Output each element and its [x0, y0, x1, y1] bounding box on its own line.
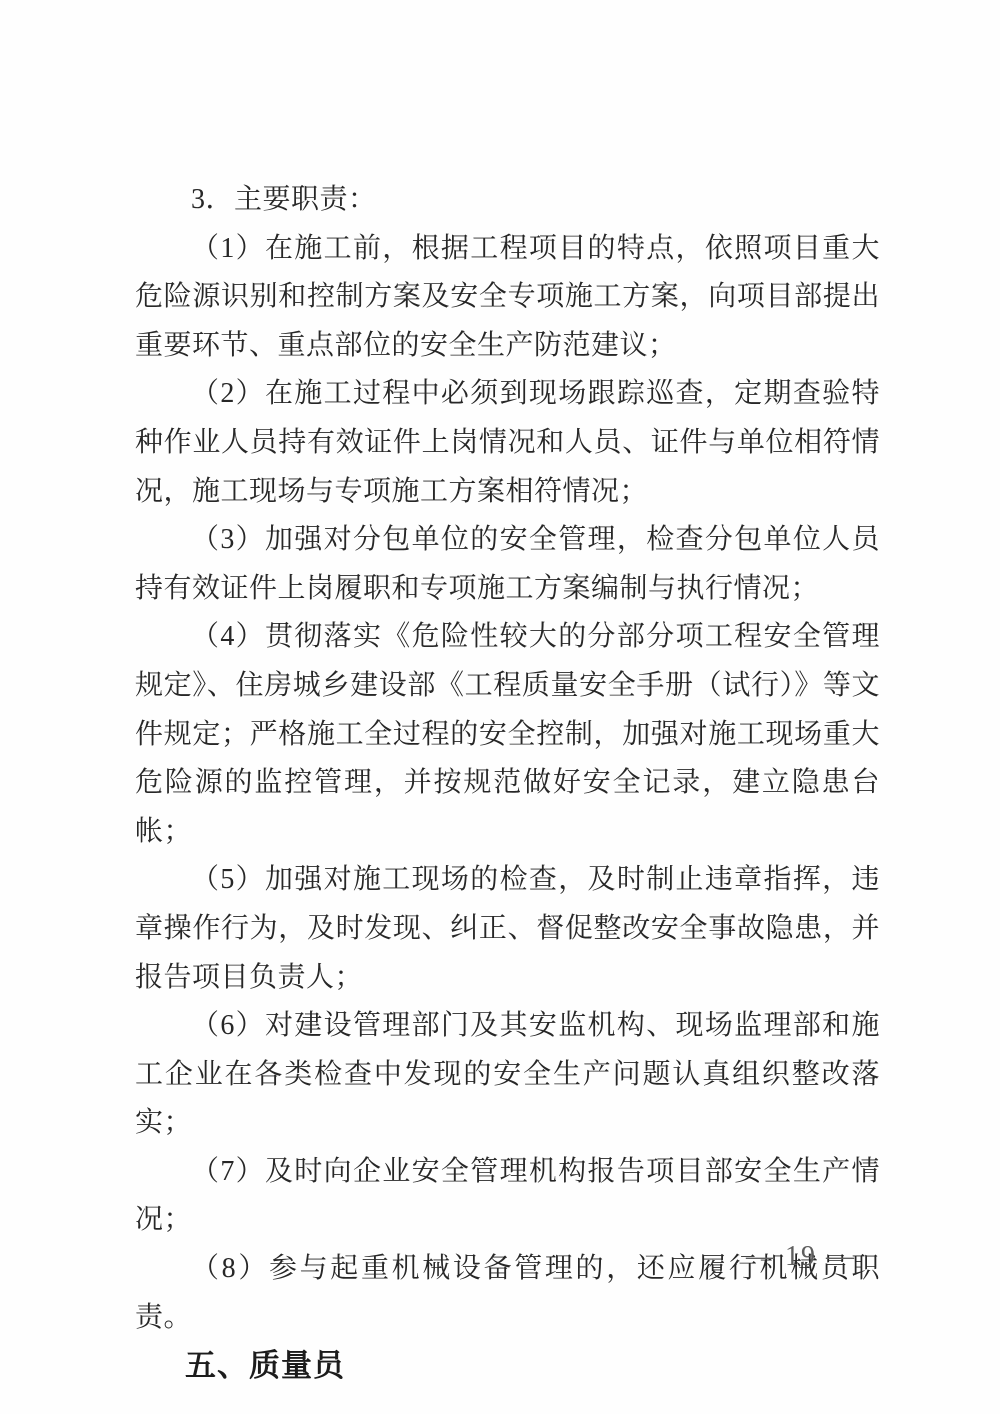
duty-item-7: （7）及时向企业安全管理机构报告项目部安全生产情况；	[135, 1148, 880, 1245]
duty-item-2: （2）在施工过程中必须到现场跟踪巡查，定期查验特种作业人员持有效证件上岗情况和人…	[135, 370, 880, 516]
duty-item-1: （1）在施工前，根据工程项目的特点，依照项目重大危险源识别和控制方案及安全专项施…	[135, 225, 880, 371]
duty-item-4: （4）贯彻落实《危险性较大的分部分项工程安全管理规定》、住房城乡建设部《工程质量…	[135, 613, 880, 856]
section-number-title: 3．主要职责：	[135, 176, 880, 225]
document-page: 3．主要职责： （1）在施工前，根据工程项目的特点，依照项目重大危险源识别和控制…	[0, 0, 1000, 1414]
duty-item-3: （3）加强对分包单位的安全管理，检查分包单位人员持有效证件上岗履职和专项施工方案…	[135, 516, 880, 613]
duty-item-5: （5）加强对施工现场的检查，及时制止违章指挥，违章操作行为，及时发现、纠正、督促…	[135, 856, 880, 1002]
page-number: — 19 —	[746, 1242, 856, 1272]
section-heading-quality-officer: 五、质量员	[135, 1342, 880, 1391]
duty-item-6: （6）对建设管理部门及其安监机构、现场监理部和施工企业在各类检查中发现的安全生产…	[135, 1002, 880, 1148]
document-body: 3．主要职责： （1）在施工前，根据工程项目的特点，依照项目重大危险源识别和控制…	[135, 176, 880, 1391]
